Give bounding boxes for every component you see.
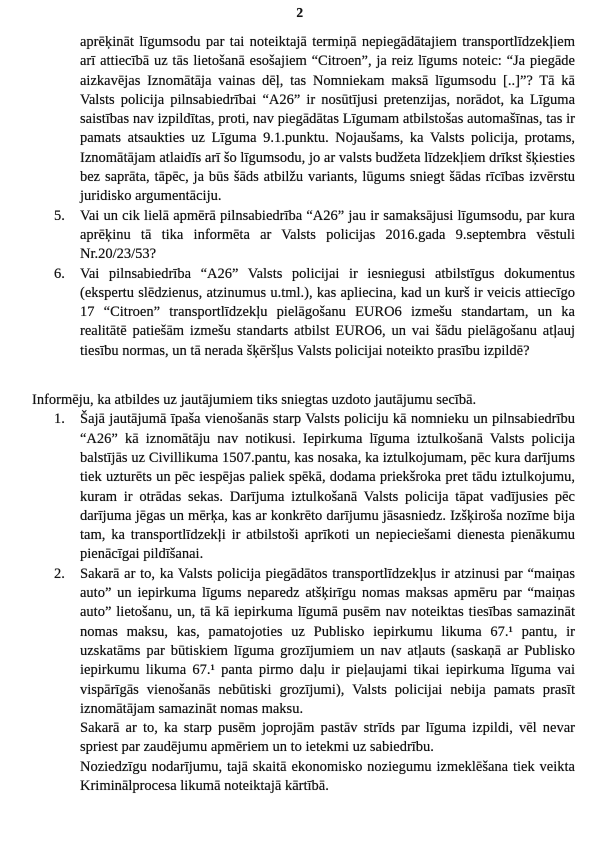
question-text-5: Vai un cik lielā apmērā pilnsabiedrība “…	[80, 207, 575, 265]
answer-2-paragraph-2: Sakarā ar to, ka starp pusēm joprojām pa…	[80, 719, 575, 758]
answer-item-2: 2. Sakarā ar to, ka Valsts policija pieg…	[54, 565, 575, 797]
page-number: 2	[0, 0, 600, 21]
answer-number-2: 2.	[54, 565, 80, 797]
scanned-document-page: 2 aprēķināt līgumsodu par tai noteiktajā…	[0, 0, 600, 856]
answer-item-1: 1. Šajā jautājumā īpaša vienošanās starp…	[54, 410, 575, 564]
document-body: aprēķināt līgumsodu par tai noteiktajā t…	[0, 33, 600, 796]
answer-text-1: Šajā jautājumā īpaša vienošanās starp Va…	[80, 410, 575, 564]
question-item-5: 5. Vai un cik lielā apmērā pilnsabiedrīb…	[54, 207, 575, 265]
info-line: Informēju, ka atbildes uz jautājumiem ti…	[32, 391, 575, 410]
answer-number-1: 1.	[54, 410, 80, 564]
answer-text-2: Sakarā ar to, ka Valsts policija piegādā…	[80, 565, 575, 797]
answers-block: 1. Šajā jautājumā īpaša vienošanās starp…	[0, 410, 600, 796]
question-number-5: 5.	[54, 207, 80, 265]
question-text-6: Vai pilnsabiedrība “A26” Valsts policija…	[80, 265, 575, 361]
paragraph-penalty-continuation: aprēķināt līgumsodu par tai noteiktajā t…	[80, 33, 575, 207]
question-number-6: 6.	[54, 265, 80, 361]
question-item-6: 6. Vai pilnsabiedrība “A26” Valsts polic…	[54, 265, 575, 361]
answer-2-paragraph-3: Noziedzīgu nodarījumu, tajā skaitā ekono…	[80, 758, 575, 797]
answer-2-paragraph-1: Sakarā ar to, ka Valsts policija piegādā…	[80, 565, 575, 719]
